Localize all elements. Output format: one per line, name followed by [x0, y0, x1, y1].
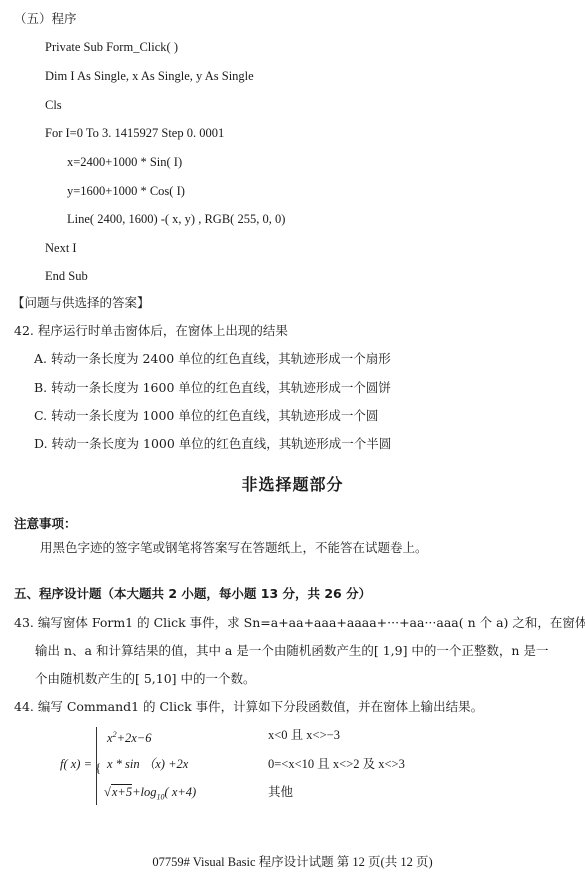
question-43-line: 输出 n、a 和计算结果的值，其中 a 是一个由随机函数产生的[ 1,9] 中的… [35, 642, 548, 660]
notice-label: 注意事项： [14, 515, 77, 533]
option-d: D. 转动一条长度为 1000 单位的红色直线，其轨迹形成一个半圆 [34, 435, 391, 453]
page-footer: 07759# Visual Basic 程序设计试题 第 12 页(共 12 页… [0, 853, 585, 871]
sqrt-icon: √ [104, 785, 111, 799]
question-44: 44. 编写 Command1 的 Click 事件，计算如下分段函数值，并在窗… [14, 698, 483, 716]
function-label: f( x) = [60, 755, 92, 773]
case-1-rest: +2x−6 [117, 731, 152, 745]
case-3-log: +log [132, 785, 156, 799]
question-43-line: 43. 编写窗体 Form1 的 Click 事件，求 Sn=a+aa+aaa+… [14, 614, 585, 632]
part5-heading: 五、程序设计题（本大题共 2 小题，每小题 13 分，共 26 分） [14, 585, 371, 603]
code-line: Line( 2400, 1600) -( x, y) , RGB( 255, 0… [67, 210, 285, 228]
notice-text: 用黑色字迹的签字笔或钢笔将答案写在答题纸上，不能答在试题卷上。 [40, 539, 428, 557]
code-line: y=1600+1000 * Cos( I) [67, 182, 185, 200]
code-line: Next I [45, 239, 77, 257]
code-line: x=2400+1000 * Sin( I) [67, 153, 182, 171]
option-b: B. 转动一条长度为 1600 单位的红色直线，其轨迹形成一个圆饼 [34, 379, 391, 397]
code-line: For I=0 To 3. 1415927 Step 0. 0001 [45, 124, 224, 142]
case-3-radicand: x+5 [111, 784, 132, 799]
case-1-condition: x<0 且 x<>−3 [268, 726, 340, 744]
code-line: Dim I As Single, x As Single, y As Singl… [45, 67, 254, 85]
brace-point-icon: { [95, 760, 101, 776]
case-3-log-arg: ( x+4) [165, 785, 197, 799]
case-2-expression: x * sin （x) +2x [107, 755, 188, 773]
code-line: Cls [45, 96, 62, 114]
option-a: A. 转动一条长度为 2400 单位的红色直线，其轨迹形成一个扇形 [34, 350, 391, 368]
case-1-expression: x2+2x−6 [107, 726, 151, 747]
case-3-log-base: 10 [157, 793, 165, 802]
option-c: C. 转动一条长度为 1000 单位的红色直线，其轨迹形成一个圆 [34, 407, 378, 425]
answers-heading: 【问题与供选择的答案】 [12, 294, 150, 312]
question-42: 42. 程序运行时单击窗体后，在窗体上出现的结果 [14, 322, 288, 340]
case-3-condition: 其他 [268, 783, 293, 801]
question-43-line: 个由随机数产生的[ 5,10] 中的一个数。 [35, 670, 256, 688]
code-line: End Sub [45, 267, 88, 285]
section-title: 非选择题部分 [0, 476, 585, 494]
case-3-expression: √x+5+log10( x+4) [104, 783, 196, 807]
case-2-condition: 0=<x<10 且 x<>2 及 x<>3 [268, 755, 405, 773]
code-line: Private Sub Form_Click( ) [45, 38, 178, 56]
program-heading: （五）程序 [14, 10, 77, 28]
